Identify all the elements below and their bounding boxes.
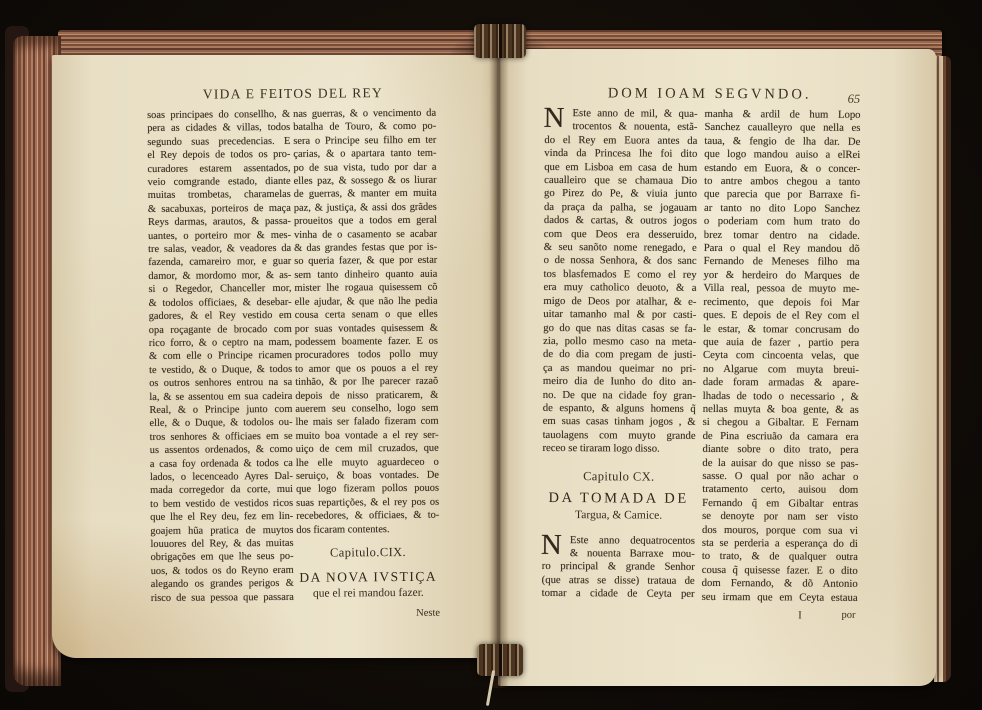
text-line: tomar a cidade de Ceyta per (542, 587, 695, 601)
text-line: to bem vestido de vestidos ricos (150, 497, 293, 512)
text-line: Para o qual el Rey mandou dõ (704, 242, 860, 256)
paragraph-with-dropcap-2: N Este anno dequatrocentos& nouenta Barr… (542, 533, 695, 601)
text-line: to antre ambos chegou a tanto (704, 175, 860, 189)
spine-headband-top (474, 24, 526, 58)
text-line: el Rey depois de todos os pro- (147, 148, 290, 163)
text-line: elle, & o Duque, & todolos ou- (149, 416, 292, 431)
text-line: trocentos & nouenta, estã- (572, 121, 697, 135)
text-line: us assentos ordenados, & como (150, 443, 293, 458)
text-line: & nouenta Barraxe mou- (570, 547, 695, 561)
right-column-2: manha & ardil de hum LopoSanchez caualle… (701, 108, 860, 624)
text-line: yor & herdeiro do Marques de (704, 269, 860, 283)
text-line: caualleiro que se chamaua Dio (544, 174, 697, 188)
text-line: uantes, o porteiro mor & mes- (148, 229, 291, 244)
text-line: de espanto, & alguns homens q̃ (543, 402, 696, 416)
text-line: tauolagens com muyto grande (543, 429, 696, 443)
text-line: estando em Euora, & o concer- (704, 162, 860, 176)
text-line: tratamento certo, auisou dom (702, 483, 858, 497)
text-line: receo se tiraram logo disso. (542, 442, 695, 456)
text-line: migo de Deos por atalhar, & e- (543, 295, 696, 309)
text-line: tre salas, veador, & veadores da (148, 242, 291, 257)
right-column-2-lines: manha & ardil de hum LopoSanchez caualle… (702, 108, 861, 605)
text-line: muito boa vontade a el rey ser- (296, 428, 439, 443)
right-page: DOM IOAM SEGVNDO. 65 N Este anno de mil,… (498, 49, 936, 686)
right-page-content: DOM IOAM SEGVNDO. 65 N Este anno de mil,… (496, 48, 938, 688)
text-line: Fernando q̃ em Gibaltar entras (702, 497, 858, 511)
text-line: dos ficaram contentes. (296, 522, 439, 537)
text-line: opa roçagante de brocado com (149, 322, 292, 337)
text-line: podessem boamente fazer. E os (295, 335, 438, 350)
right-header-row: DOM IOAM SEGVNDO. 65 (545, 85, 875, 103)
left-column-1: soas principaes do consellho, &pera as c… (147, 108, 294, 605)
left-catchword-row: Neste (297, 603, 440, 618)
text-line: que parecia que por Barraxe fi- (704, 188, 860, 202)
text-line: go Pirez do Pe, & viuia junto (544, 187, 697, 201)
text-line: mister lhe rogaua quisessem cõ (294, 281, 437, 296)
text-line: po de sua vista, tudo por dar a (293, 160, 436, 175)
text-line: ar tanto no dito Lopo Sanchez (704, 202, 860, 216)
text-line: se denoyte por nam ser visto (702, 510, 858, 524)
text-line: te vestido, & o Duque, & todos (149, 363, 292, 378)
text-line: que logo mandou auiso a elRei (704, 148, 860, 162)
text-line: go do que nas ditas casas se fa- (543, 321, 696, 335)
text-line: a casa foy ordenada & todos ca (150, 456, 293, 471)
text-line: rico forro, & o ceptro na mam, (149, 336, 292, 351)
text-line: goajem hũa pratica de muytos (150, 523, 293, 538)
text-line: diante sobre o dito trato, pera (702, 443, 858, 457)
text-line: que auia de fazer , partio pera (703, 336, 859, 350)
text-line: recebedores, & officiaes, & to- (296, 509, 439, 524)
text-line: gadores, & el Rey vestido em (149, 309, 292, 324)
text-line: Este anno de mil, & qua- (573, 107, 698, 121)
text-line: to trato, & de qualquer outra (702, 550, 858, 564)
text-line: no Algarue com muyta breui- (703, 363, 859, 377)
text-line: Real, & o Principe junto com (149, 403, 292, 418)
chapter-subtitle-nova-iustica: que el rei mandou fazer. (297, 586, 440, 602)
text-line: ça as mandou queimar no pri- (543, 362, 696, 376)
text-line: lhe elle muyto aguardeceo o (296, 455, 439, 470)
text-line: si o Regedor, Chanceller mor, (148, 282, 291, 297)
text-line: risco de sua pessoa que passara (151, 590, 294, 605)
book-gutter-shadow (489, 48, 509, 688)
text-line: seruiço, & boas vontades. De (296, 469, 439, 484)
text-line: çarias, & o apartara tanto tem- (293, 147, 436, 162)
text-line: & seu sanõto nome renegado, e (544, 241, 697, 255)
text-line: que logo fizeram pollos pouos (296, 482, 439, 497)
text-line: lhadas de todo o necessario , & (703, 389, 859, 403)
left-column-2: nas guerras, & o vencimento dabatalha de… (293, 107, 440, 618)
text-line: proueitos que a todos em geral (294, 214, 437, 229)
text-line: da praça da palha, se jogauam (544, 201, 697, 215)
signature-mark: I (798, 610, 802, 622)
text-line: mada corregedor da corte, mui (150, 483, 293, 498)
text-line: ques. E depois de el Rey com el (703, 309, 859, 323)
text-line: to amor que os pouos a el rey (295, 361, 438, 376)
text-line: procuradores todos pollo muy (295, 348, 438, 363)
text-line: os outros senhores entrou na sa (149, 376, 292, 391)
paragraph-with-dropcap-1: N Este anno de mil, & qua-trocentos & no… (542, 107, 697, 456)
dropcap-letter-n-1: N (543, 104, 564, 133)
photo-of-open-book: VIDA E FEITOS DEL REY soas principaes do… (0, 0, 982, 710)
text-line: que lhe el Rey deu, fez em lin- (150, 510, 293, 525)
text-line: so queria fazer, & que por estar (294, 254, 437, 269)
text-line: curadores estarem assentados, (147, 161, 290, 176)
text-line: de la auisar do que nisso se pas- (702, 456, 858, 470)
text-line: & com elle o Principe ricamen (149, 349, 292, 364)
text-line: dade foram armadas & apare- (703, 376, 859, 390)
text-line: sta se perderia a esperança do di (702, 537, 858, 551)
text-line: sasse. O qual por não achar o (702, 470, 858, 484)
text-line: manha & ardil de hum Lopo (705, 108, 861, 122)
text-line: ro principal & grande Senhor (542, 560, 695, 574)
text-line: vinha de o casamento se acabar (294, 227, 437, 242)
text-line: auerem seu conselho, logo sem (295, 402, 438, 417)
text-line: sera o Principe seu filho em ter (293, 134, 436, 149)
page-number: 65 (848, 92, 861, 107)
signature-row: I por (701, 609, 857, 624)
text-line: com que Deos era desseruido, (544, 228, 697, 242)
text-line: soas principaes do consellho, & (147, 108, 290, 123)
text-line: taua, & fengio de lha dar. De (704, 135, 860, 149)
text-line: dos mouros, porque com sua vi (702, 524, 858, 538)
text-line: le estar, & tomar concrusam do (703, 322, 859, 336)
chapter-subtitle-tomada: Targua, & Camice. (542, 507, 695, 523)
text-line: que em Lisboa em casa de hum (544, 161, 697, 175)
text-line: em suas casas tinham jogos , & (543, 415, 696, 429)
text-line: tos blasfemados E como el rey (544, 268, 697, 282)
chapter-heading-cx: Capitulo CX. (542, 468, 695, 484)
dropcap-letter-n-2: N (541, 530, 562, 559)
text-line: & todolos officiaes, & desebar- (149, 296, 292, 311)
text-line: lhe mais ser falado fizeram com (295, 415, 438, 430)
text-line: o poderiam com hum trato do (704, 215, 860, 229)
text-line: alegando os grandes perigos & (151, 577, 294, 592)
text-line: batalha de Touro, & como po- (293, 120, 436, 135)
text-line: elle ajudar, & que não lhe pedia (295, 294, 438, 309)
chapter-heading-cix: Capitulo.CIX. (296, 545, 439, 561)
text-line: do el Rey em Euora antes da (544, 134, 697, 148)
text-line: & das grandes festas que por is- (294, 241, 437, 256)
left-running-head: VIDA E FEITOS DEL REY (148, 85, 438, 103)
text-line: vinda da Princesa lhe foi dito (544, 147, 697, 161)
text-line: meiro dia de Iunho do dito an- (543, 375, 696, 389)
text-line: nellas muyta & boa gente, & as (703, 403, 859, 417)
spine-headband-bottom (477, 644, 523, 676)
text-line: la, & se assentou em sua cadeira (149, 389, 292, 404)
text-line: veio comgrande estado, diante (148, 175, 291, 190)
text-line: dados & cartas, & outros jogos (544, 214, 697, 228)
right-column-1: N Este anno de mil, & qua-trocentos & no… (542, 107, 698, 602)
text-line: Ceyta com cincoenta velas, que (703, 349, 859, 363)
text-line: uos, & todos os do Reyno eram (151, 564, 294, 579)
text-line: Este anno dequatrocentos (570, 534, 695, 548)
text-line: & sacabuxas, porteiros de maça (148, 202, 291, 217)
text-line: recimento, que depois foi Mar (703, 296, 859, 310)
text-line: de do dia com pregam de justi- (543, 348, 696, 362)
text-line: de Pina escriuão da camara era (703, 430, 859, 444)
text-line: tros senhores & officiaes em se (150, 430, 293, 445)
text-line: pera as cidades & villas, todos (147, 121, 290, 136)
text-line: o de nossa Senhora, & dos sanc (544, 254, 697, 268)
text-line: segundo suas precedencias. E (147, 135, 290, 150)
chapter-title-tomada: DA TOMADA DE (542, 489, 695, 507)
text-line: elles paz, & sossego & os liurar (294, 174, 437, 189)
right-running-head: DOM IOAM SEGVNDO. (545, 85, 875, 103)
text-line: louuores del Rey, & das muitas (150, 537, 293, 552)
text-line: uiço de cem mil cruzados, que (296, 442, 439, 457)
text-line: cousa certa senam o que elles (295, 308, 438, 323)
text-line: fazenda, camareiro mor, e guar (148, 255, 291, 270)
text-line: obrigações em que lhe seus po- (151, 550, 294, 565)
text-line: damor, & mordomo mor, & as- (148, 269, 291, 284)
text-line: muitas trombetas, charamelas (148, 188, 291, 203)
text-line: tinhão, & por lhe parecer razaõ (295, 375, 438, 390)
left-page: VIDA E FEITOS DEL REY soas principaes do… (52, 55, 498, 658)
catchword-por: por (841, 610, 855, 621)
text-line: suas repartições, & el rey pos os (296, 495, 439, 510)
text-line: Reys darmas, arautos, & passa- (148, 215, 291, 230)
text-line: Fernando de Meneses filho ma (704, 255, 860, 269)
text-line: Sanchez caualleyro que nella es (704, 121, 860, 135)
text-line: sem tanto dinheiro quanto auia (294, 268, 437, 283)
text-line: uitar tamanho mal & por casti- (543, 308, 696, 322)
text-line: no. De que na cidade foy gran- (543, 388, 696, 402)
text-line: Villa real, pessoa de muyto me- (703, 282, 859, 296)
text-line: (que atras se disse) trataua de (542, 574, 695, 588)
text-line: depois de nisso praticarem, & (295, 388, 438, 403)
text-line: era muy catholico deuoto, & a (543, 281, 696, 295)
text-line: por suas vontades quisessem & (295, 321, 438, 336)
catchword-neste: Neste (416, 608, 440, 619)
left-column-2-lines: nas guerras, & o vencimento dabatalha de… (293, 107, 439, 537)
text-line: seu irmam que em Ceyta estaua (702, 591, 858, 605)
text-line: cousa q̃ quisesse fazer. E o dito (702, 564, 858, 578)
text-line: zia, pollo mesmo caso na meta- (543, 335, 696, 349)
left-page-content: VIDA E FEITOS DEL REY soas principaes do… (50, 53, 501, 659)
text-line: de guerras, & manter em muita (294, 187, 437, 202)
text-line: nas guerras, & o vencimento da (293, 107, 436, 122)
text-line: si chegou a Gibaltar. E Fernam (703, 416, 859, 430)
text-line: dom Fernando, & dõ Antonio (702, 577, 858, 591)
text-line: lados, o lecenceado Ayres Dal- (150, 470, 293, 485)
chapter-title-nova-iustica: DA NOVA IVSTIÇA (297, 568, 440, 586)
text-line: paz, & justiça, & assi dos grãdes (294, 201, 437, 216)
text-line: brez tomar dentro na cidade. (704, 229, 860, 243)
